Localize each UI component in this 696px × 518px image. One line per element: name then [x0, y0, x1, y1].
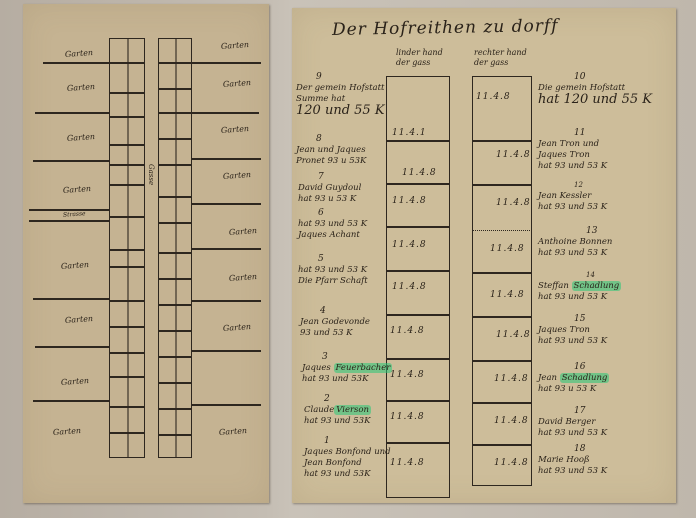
header-line: linder hand — [396, 48, 443, 58]
ledger-sheet: Der Hofreithen zu dorff linder hand der … — [292, 8, 676, 503]
ledger-entry: 2 ClaudeVierson hat 93 und 53K — [304, 394, 371, 427]
row-divider — [472, 140, 532, 142]
row-divider — [386, 140, 450, 142]
entry-line: Der gemein Hofstatt — [296, 83, 385, 94]
entry-line: 93 und 53 K — [300, 328, 370, 339]
left-column-header: linder hand der gass — [396, 48, 443, 68]
highlighted-name: Vierson — [334, 405, 371, 415]
property-line — [191, 248, 261, 250]
ledger-entry: 11 Jean Tron und Jaques Tron hat 93 und … — [538, 128, 607, 172]
entry-line: Jean Tron und — [538, 139, 607, 150]
header-line: der gass — [474, 58, 527, 68]
entry-number: 10 — [538, 72, 652, 83]
property-line — [33, 298, 109, 300]
amount-right: 11.4.8 — [476, 92, 511, 102]
row-divider — [472, 230, 532, 233]
amount-right: 11.4.8 — [494, 416, 529, 426]
property-line — [29, 220, 109, 222]
entry-line: hat 93 und 53 K — [538, 248, 612, 259]
entry-line: hat 93 und 53 K — [538, 161, 607, 172]
property-line — [29, 209, 109, 211]
garden-label: Garten — [229, 227, 258, 237]
amount-right: 11.4.8 — [490, 290, 525, 300]
header-line: der gass — [396, 58, 443, 68]
property-line — [191, 300, 261, 302]
entry-line: hat 93 und 53 K — [538, 292, 621, 303]
entry-number: 15 — [538, 314, 607, 325]
amount-right: 11.4.8 — [496, 330, 531, 340]
entry-line: hat 93 u 53 K — [538, 384, 609, 395]
property-line — [35, 346, 109, 348]
property-line — [191, 404, 261, 406]
entry-number: 17 — [538, 406, 607, 417]
entry-line: hat 93 und 53 K — [538, 466, 607, 477]
amount-right: 11.4.8 — [496, 198, 531, 208]
entry-line: hat 93 u 53 K — [298, 194, 361, 205]
garden-label: Garten — [223, 79, 252, 89]
row-divider — [472, 444, 532, 446]
row-divider — [472, 316, 532, 318]
entry-line: Jaques Bonfond und — [304, 447, 391, 458]
row-divider — [386, 226, 450, 228]
row-divider — [386, 183, 450, 185]
row-divider — [472, 402, 532, 404]
entry-number: 18 — [538, 444, 607, 455]
highlighted-name: Schadlung — [572, 281, 622, 291]
entry-line: hat 93 und 53K — [304, 469, 391, 480]
entry-number: 12 — [538, 180, 607, 191]
entry-line: Jean und Jaques — [296, 145, 366, 156]
ledger-title: Der Hofreithen zu dorff — [332, 18, 559, 39]
entry-line: hat 93 und 53 K — [538, 428, 607, 439]
row-divider — [472, 360, 532, 362]
entry-number: 8 — [296, 134, 366, 145]
header-line: rechter hand — [474, 48, 527, 58]
amount-left: 11.4.8 — [402, 168, 437, 178]
entry-number: 7 — [298, 172, 361, 183]
garden-label: Garten — [229, 273, 258, 283]
row-divider — [386, 314, 450, 316]
entry-line: Jean Schadlung — [538, 373, 609, 384]
ledger-entry: 13 Anthoine Bonnen hat 93 und 53 K — [538, 226, 612, 259]
entry-line: hat 93 und 53 K — [298, 219, 367, 230]
entry-line: hat 93 und 53K — [302, 374, 392, 385]
entry-number: 6 — [298, 208, 367, 219]
house-divider — [175, 38, 177, 458]
ledger-entry: 6 hat 93 und 53 K Jaques Achant — [298, 208, 367, 241]
entry-number: 3 — [302, 352, 392, 363]
row-divider — [386, 358, 450, 360]
amount-left: 11.4.1 — [392, 128, 427, 138]
amount-right: 11.4.8 — [490, 244, 525, 254]
garden-label: Garten — [67, 133, 96, 143]
garden-label: Garten — [63, 185, 92, 195]
entry-line: Jean Kessler — [538, 191, 607, 202]
amount-left: 11.4.8 — [392, 196, 427, 206]
entry-line: Steffan Schadlung — [538, 281, 621, 292]
entry-number: 5 — [298, 254, 368, 265]
entry-number: 9 — [296, 72, 385, 83]
entry-line: Jaques Tron — [538, 150, 607, 161]
garden-label: Garten — [61, 377, 90, 387]
property-line — [33, 160, 109, 162]
entry-line: hat 93 und 53K — [304, 416, 371, 427]
right-column-header: rechter hand der gass — [474, 48, 527, 68]
amount-left: 11.4.8 — [390, 412, 425, 422]
ledger-entry: 5 hat 93 und 53 K Die Pfarr Schaft — [298, 254, 368, 287]
cross-street-label: Strasse — [63, 211, 86, 219]
amount-left: 11.4.8 — [390, 370, 425, 380]
ledger-entry: 17 David Berger hat 93 und 53 K — [538, 406, 607, 439]
amount-left: 11.4.8 — [390, 326, 425, 336]
entry-number: 1 — [304, 436, 391, 447]
entry-line: Marie Hooß — [538, 455, 607, 466]
property-line — [43, 62, 109, 64]
ledger-entry: 1 Jaques Bonfond und Jean Bonfond hat 93… — [304, 436, 391, 480]
entry-line: Jaques Feuerbacher — [302, 363, 392, 374]
highlighted-name: Schadlung — [560, 373, 610, 383]
ledger-entry: 14 Steffan Schadlung hat 93 und 53 K — [538, 270, 621, 303]
garden-label: Garten — [65, 49, 94, 59]
amount-right: 11.4.8 — [496, 150, 531, 160]
entry-number: 2 — [304, 394, 371, 405]
ledger-entry: 12 Jean Kessler hat 93 und 53 K — [538, 180, 607, 213]
amount-left: 11.4.8 — [392, 240, 427, 250]
ledger-entry: 18 Marie Hooß hat 93 und 53 K — [538, 444, 607, 477]
street-label: Gasse — [147, 164, 155, 185]
entry-line: hat 93 und 53 K — [298, 265, 368, 276]
garden-label: Garten — [67, 83, 96, 93]
garden-label: Garten — [53, 427, 82, 437]
amount-left: 11.4.8 — [390, 458, 425, 468]
entry-line: David Guydoul — [298, 183, 361, 194]
house-divider — [127, 38, 129, 458]
property-line — [191, 158, 261, 160]
map-sheet: Gasse Strasse Garten Garten Garten Garte… — [23, 4, 269, 503]
ledger-entry: 10 Die gemein Hofstatt hat 120 und 55 K — [538, 72, 652, 105]
entry-line: Die Pfarr Schaft — [298, 276, 368, 287]
ledger-entry: 4 Jean Godevonde 93 und 53 K — [300, 306, 370, 339]
entry-line: 120 und 55 K — [296, 105, 385, 116]
amount-right: 11.4.8 — [494, 458, 529, 468]
row-divider — [386, 400, 450, 402]
garden-label: Garten — [219, 427, 248, 437]
entry-line: hat 93 und 53 K — [538, 202, 607, 213]
entry-number: 4 — [300, 306, 370, 317]
entry-number: 11 — [538, 128, 607, 139]
ledger-entry: 3 Jaques Feuerbacher hat 93 und 53K — [302, 352, 392, 385]
entry-line: Pronet 93 u 53K — [296, 156, 366, 167]
ledger-entry: 7 David Guydoul hat 93 u 53 K — [298, 172, 361, 205]
ledger-entry: 16 Jean Schadlung hat 93 u 53 K — [538, 362, 609, 395]
row-divider — [386, 270, 450, 272]
amount-left: 11.4.8 — [392, 282, 427, 292]
property-line — [191, 203, 261, 205]
property-line — [191, 62, 261, 64]
property-line — [191, 350, 261, 352]
entry-line: hat 120 und 55 K — [538, 94, 652, 105]
entry-line: Jean Godevonde — [300, 317, 370, 328]
ledger-entry: 9 Der gemein Hofstatt Summe hat 120 und … — [296, 72, 385, 116]
entry-line: David Berger — [538, 417, 607, 428]
row-divider — [472, 272, 532, 274]
entry-line: Anthoine Bonnen — [538, 237, 612, 248]
highlighted-name: Feuerbacher — [334, 363, 393, 373]
entry-line: hat 93 und 53 K — [538, 336, 607, 347]
property-line — [35, 112, 109, 114]
garden-label: Garten — [221, 41, 250, 51]
garden-label: Garten — [223, 171, 252, 181]
entry-number: 16 — [538, 362, 609, 373]
entry-line: Jaques Tron — [538, 325, 607, 336]
garden-label: Garten — [223, 323, 252, 333]
property-line — [33, 400, 109, 402]
ledger-entry: 15 Jaques Tron hat 93 und 53 K — [538, 314, 607, 347]
amount-right: 11.4.8 — [494, 374, 529, 384]
garden-label: Garten — [65, 315, 94, 325]
entry-line: Jean Bonfond — [304, 458, 391, 469]
garden-label: Garten — [221, 125, 250, 135]
ledger-entry: 8 Jean und Jaques Pronet 93 u 53K — [296, 134, 366, 167]
entry-number: 14 — [538, 270, 621, 281]
property-line — [191, 112, 259, 114]
entry-line: Jaques Achant — [298, 230, 367, 241]
row-divider — [472, 184, 532, 186]
entry-number: 13 — [538, 226, 612, 237]
entry-line: ClaudeVierson — [304, 405, 371, 416]
garden-label: Garten — [61, 261, 90, 271]
row-divider — [386, 442, 450, 444]
